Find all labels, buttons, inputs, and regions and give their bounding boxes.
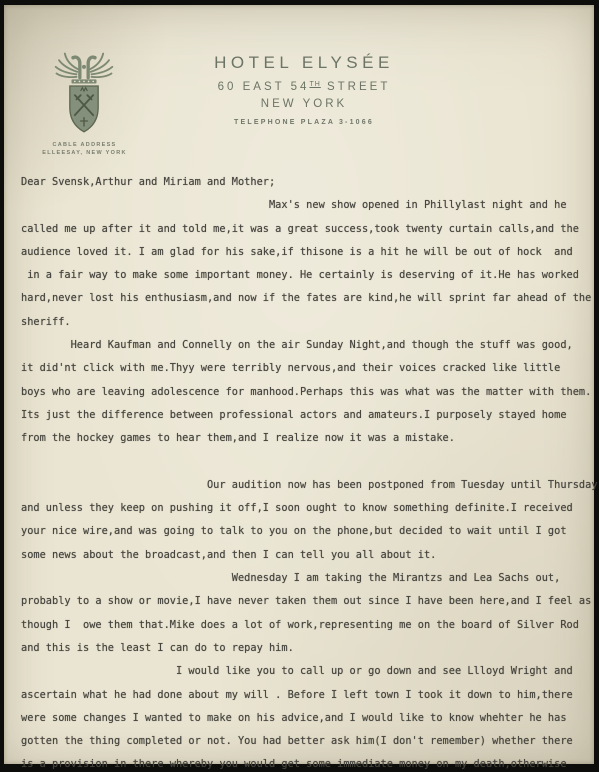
letter-line: though I owe them that.Mike does a lot o… xyxy=(21,614,592,637)
letter-line: from the hockey games to hear them,and I… xyxy=(21,427,592,450)
letter-line: your nice wire,and was going to talk to … xyxy=(21,520,592,543)
letter-line: Max's new show opened in Phillylast nigh… xyxy=(21,194,592,217)
letter-line: called me up after it and told me,it was… xyxy=(21,218,592,241)
letter-line: some news about the broadcast,and then I… xyxy=(21,544,592,567)
hotel-telephone: TELEPHONE PLAZA 3-1066 xyxy=(14,119,594,126)
letter-line: Its just the difference between professi… xyxy=(21,404,592,427)
letter-line: gotten the thing completed or not. You h… xyxy=(21,730,592,753)
letter-line: it did'nt click with me.Thyy were terrib… xyxy=(21,357,592,380)
letter-line xyxy=(21,451,592,474)
street-ordinal: TH xyxy=(309,81,320,88)
letter-line: Dear Svensk,Arthur and Miriam and Mother… xyxy=(21,171,592,194)
cable-address-label: CABLE ADDRESS xyxy=(12,141,157,149)
letter-line: hard,never lost his enthusiasm,and now i… xyxy=(21,287,592,310)
letter-line: sheriff. xyxy=(21,311,592,334)
letter-line: and this is the least I can do to repay … xyxy=(21,637,592,660)
letter-line: ascertain what he had done about my will… xyxy=(21,684,592,707)
letter-line: in a fair way to make some important mon… xyxy=(21,264,592,287)
letter-line: were some changes I wanted to make on hi… xyxy=(21,707,592,730)
letter-body: Dear Svensk,Arthur and Miriam and Mother… xyxy=(21,171,592,772)
cable-address-value: ELLEESAY, NEW YORK xyxy=(12,149,157,157)
letter-line: Wednesday I am taking the Mirantzs and L… xyxy=(21,567,592,590)
letter-line: and unless they keep on pushing it off,I… xyxy=(21,497,592,520)
letter-line: I would like you to call up or go down a… xyxy=(21,660,592,683)
hotel-name: HOTEL ELYSÉE xyxy=(14,53,594,73)
letterhead: CABLE ADDRESS ELLEESAY, NEW YORK HOTEL E… xyxy=(4,5,594,167)
letter-line: Heard Kaufman and Connelly on the air Su… xyxy=(21,334,592,357)
letter-line: is a provision in there whereby you woul… xyxy=(21,753,592,772)
scanned-letter: CABLE ADDRESS ELLEESAY, NEW YORK HOTEL E… xyxy=(0,0,599,772)
letter-line: Our audition now has been postponed from… xyxy=(21,474,592,497)
letter-line: probably to a show or movie,I have never… xyxy=(21,590,592,613)
letter-paper: CABLE ADDRESS ELLEESAY, NEW YORK HOTEL E… xyxy=(4,5,594,764)
street-number: 60 EAST 54 xyxy=(218,81,310,93)
letter-line: audience loved it. I am glad for his sak… xyxy=(21,241,592,264)
hotel-street-address: 60 EAST 54TH STREET xyxy=(14,81,594,93)
letter-line: boys who are leaving adolescence for man… xyxy=(21,381,592,404)
letterhead-text: HOTEL ELYSÉE 60 EAST 54TH STREET NEW YOR… xyxy=(4,53,594,126)
cable-address: CABLE ADDRESS ELLEESAY, NEW YORK xyxy=(12,141,157,157)
street-suffix: STREET xyxy=(321,81,391,93)
hotel-city: NEW YORK xyxy=(14,98,594,110)
